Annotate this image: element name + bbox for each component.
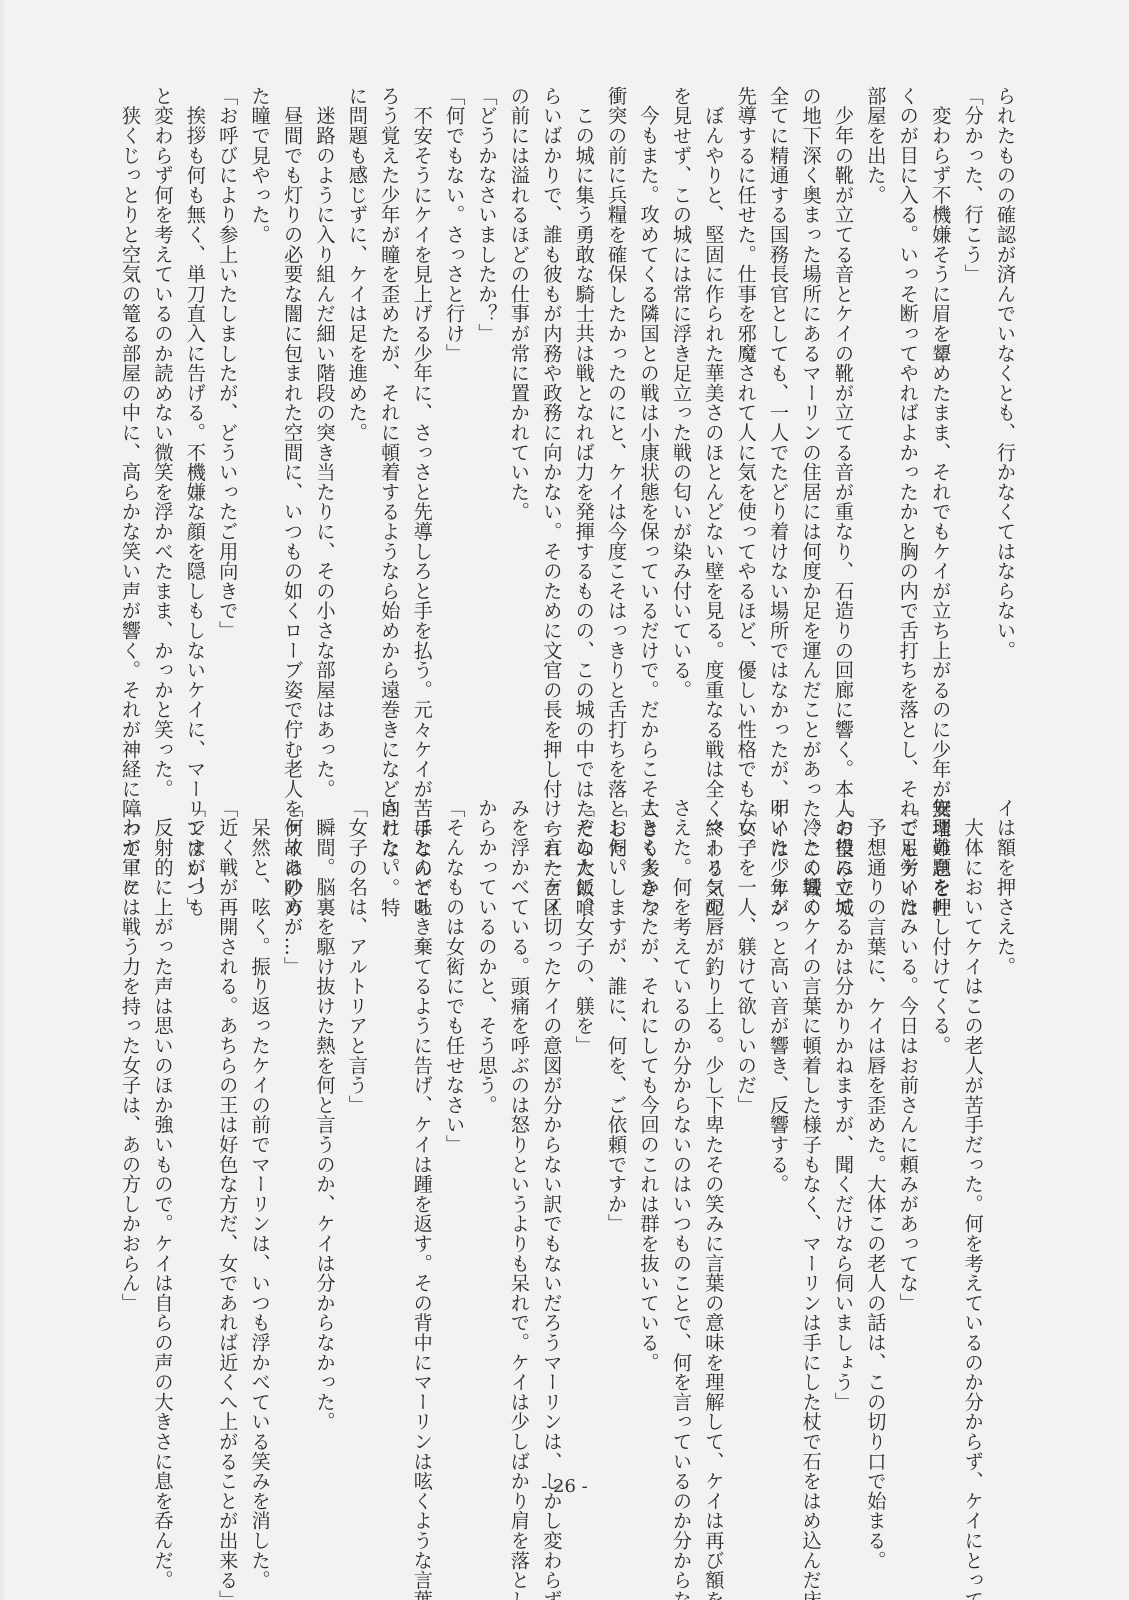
text-line: 「女子を一人、躾けて欲しいのだ」 (729, 798, 761, 1478)
text-line: 無理難題を押し付けてくる。 (924, 798, 956, 1478)
text-line: 少年の靴が立てる音とケイの靴が立てる音が重なり、石造りの回廊に響く。本人の望みで… (827, 86, 859, 766)
text-line: 「どうかなさいましたか？」 (470, 86, 502, 766)
text-line: 反射的に上がった声は思いのほか強いもので。ケイは自らの声の大きさに息を呑んだ。 (146, 798, 178, 1478)
text-line: 向けた。 (373, 798, 405, 1478)
text-line: 挨拶も何も無く、単刀直入に告げる。不機嫌な顔を隠しもしないケイに、マーリンはいつ… (178, 86, 210, 766)
text-line: イは額を押さえた。 (989, 798, 1021, 1478)
text-line: 迷路のように入り組んだ細い階段の突き当たりに、その小さな部屋はあった。 (308, 86, 340, 766)
text-line: 全てに精通する国務長官としても、一人でたどり着けない場所ではなかったが、ケイは少… (762, 86, 794, 766)
scan-edge (0, 0, 6, 1600)
text-line: 叩いた。カンっと高い音が響き、反響する。 (762, 798, 794, 1478)
text-line: 「ですが！」 (178, 798, 210, 1478)
text-line: 狭くじっとりと空気の篭る部屋の中に、高らかな笑い声が響く。それが神経に障って、ケ (114, 86, 146, 766)
text-line: 呆然と、呟く。振り返ったケイの前でマーリンは、いつも浮かべている笑みを消した。 (243, 798, 275, 1478)
text-block-bottom: イは額を押さえた。 大体においてケイはこの老人が苦手だった。何を考えているのか分… (114, 798, 1021, 1478)
text-line: 部屋を出た。 (859, 86, 891, 766)
text-line: 冷たく響くケイの言葉に頓着した様子もなく、マーリンは手にした杖で石をはめ込んだ床… (794, 798, 826, 1478)
text-line: 衝突の前に兵糧を確保したかったのにと、ケイは今度こそはっきりと舌打ちを落とした。 (600, 86, 632, 766)
text-line: さえた。何を考えているのか分からないのはいつものことで、何を言っているのか分から… (665, 798, 697, 1478)
text-line: マーリンの唇が釣り上る。少し下卑たその笑みに言葉の意味を理解して、ケイは再び額を… (697, 798, 729, 1478)
text-line: くのが目に入る。いっそ断ってやればよかったかと胸の内で舌打ちを落とし、それでもケ… (891, 86, 923, 766)
text-line: 大体においてケイはこの老人が苦手だった。何を考えているのか分からず、ケイにとって… (956, 798, 988, 1478)
text-line: からかっているのかと、そう思う。 (470, 798, 502, 1478)
page-number: - 26 - (0, 1476, 1129, 1497)
text-line: 「女子の名は、アルトリアと言う」 (340, 798, 372, 1478)
text-line: に問題も感じずに、ケイは足を進めた。 (340, 86, 372, 766)
text-line: 昼間でも灯りの必要な闇に包まれた空間に、いつもの如くローブ姿で佇む老人をケイは眇… (276, 86, 308, 766)
text-line: 瞬間。脳裏を駆け抜けた熱を何と言うのか、ケイは分からなかった。 (308, 798, 340, 1478)
text-line: 今もまた。攻めてくる隣国との戦は小康状態を保っているだけで。だからこそ大きく大き… (632, 86, 664, 766)
text-line: 「何故あの方が…」 (276, 798, 308, 1478)
text-line: た瞳で見やった。 (243, 86, 275, 766)
text-line: 「ご足労いたみいる。今日はお前さんに頼みがあってな」 (891, 798, 923, 1478)
text-line: 不安そうにケイを見上げる少年に、さっさと先導しろと手を払う。元々ケイが苦手なので… (405, 86, 437, 766)
text-line: ほとんど吐き棄てるように告げ、ケイは踵を返す。その背中にマーリンは呟くような言葉… (405, 798, 437, 1478)
text-line: 変わらず不機嫌そうに眉を顰めたまま、それでもケイが立ち上がるのに少年が安堵の息を… (924, 86, 956, 766)
text-line: 「そなたに、女子の、躾を」 (567, 798, 599, 1478)
text-line: られたものの確認が済んでいなくとも、行かなくてはならない。 (989, 86, 1021, 766)
text-line: ろう覚えた少年が瞳を歪めたが、それに頓着するようなら始めから遠巻きになどされない… (373, 86, 405, 766)
text-line: 先導するに任せた。仕事を邪魔されて人に気を使ってやるほど、優しい性格でもない。 (729, 86, 761, 766)
text-line: の地下深く奥まった場所にあるマーリンの住居には何度か足を運んだことがあった。この… (794, 86, 826, 766)
text-line: 「お役に立てるかは分かりかねますが、聞くだけなら伺いましょう」 (827, 798, 859, 1478)
text-line: 「お伺いしますが、誰に、何を、ご依頼ですか」 (600, 798, 632, 1478)
text-line: 「お呼びにより参上いたしましたが、どういったご用向きで」 (211, 86, 243, 766)
text-line: みを浮かべている。頭痛を呼ぶのは怒りというよりも呆れで。ケイは少しばかり肩を落と… (503, 798, 535, 1478)
text-line: の前には溢れるほどの仕事が常に置かれていた。 (503, 86, 535, 766)
text-line: を見せず、この城には常に浮き足立った戦の匂いが染み付いている。 (665, 86, 697, 766)
text-line: 「何でもない。さっさと行け」 (438, 86, 470, 766)
text-block-top: られたものの確認が済んでいなくとも、行かなくてはならない。 「分かった、行こう」… (114, 86, 1021, 766)
text-line: この城に集う勇敢な騎士共は戦となれば力を発揮するものの、この城の中ではただの大飯… (567, 86, 599, 766)
text-line: 「わが軍には戦う力を持った女子は、あの方しかおらん」 (114, 798, 146, 1478)
text-line: ことも多かったが、それにしても今回のこれは群を抜いている。 (632, 798, 664, 1478)
text-line: 一言一言区切ったケイの意図が分からない訳でもないだろうマーリンは、しかし変わらず… (535, 798, 567, 1478)
text-line: 予想通りの言葉に、ケイは唇を歪めた。大体この老人の話は、この切り口で始まる。 (859, 798, 891, 1478)
text-line: と変わらず何を考えているのか読めない微笑を浮かべたまま、かっかと笑った。 (146, 86, 178, 766)
text-line: 「近く戦が再開される。あちらの王は好色な方だ、女であれば近くへ上がることが出来る… (211, 798, 243, 1478)
text-line: らいばかりで、誰も彼もが内務や政務に向かない。そのために文官の長を押し付けられた… (535, 86, 567, 766)
text-line: ぼんやりと、堅固に作られた華美さのほとんどない壁を見る。度重なる戦は全く終わる気… (697, 86, 729, 766)
text-line: 「そんなものは女衒にでも任せなさい」 (438, 798, 470, 1478)
text-line: 「分かった、行こう」 (956, 86, 988, 766)
